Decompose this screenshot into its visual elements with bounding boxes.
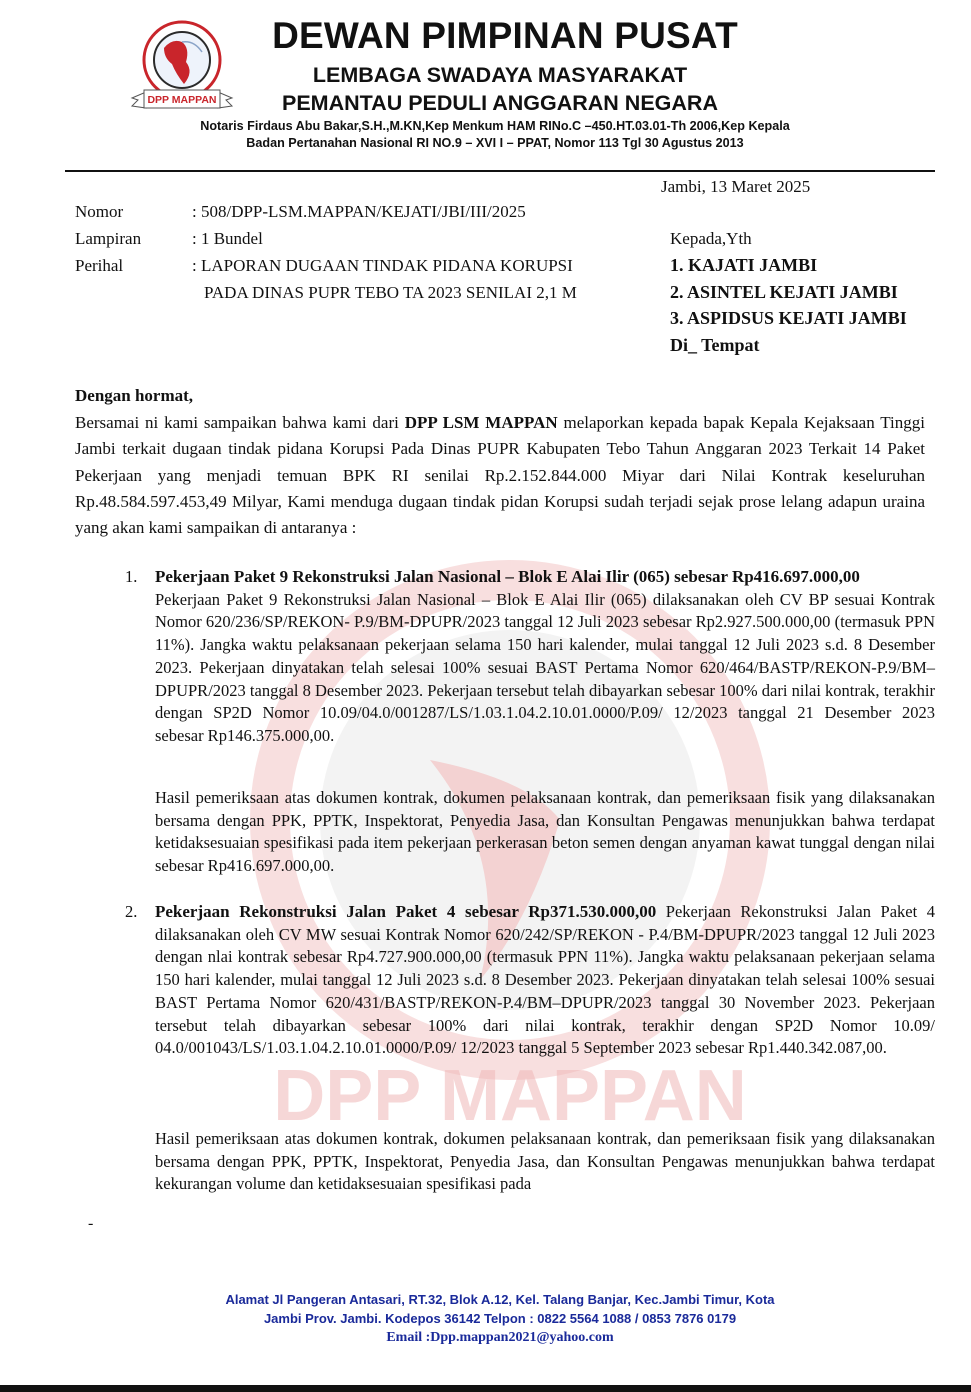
header-divider [65, 170, 935, 172]
perihal-value-2: PADA DINAS PUPR TEBO TA 2023 SENILAI 2,1… [204, 282, 577, 304]
org-logo-icon: DPP MAPPAN [128, 18, 236, 114]
recipient-3: 3. ASPIDSUS KEJATI JAMBI [670, 307, 907, 329]
nomor-value: : 508/DPP-LSM.MAPPAN/KEJATI/JBI/III/2025 [192, 201, 526, 223]
footer-line-2: Jambi Prov. Jambi. Kodepos 36142 Telpon … [150, 1309, 850, 1328]
item-2-text: Pekerjaan Rekonstruksi Jalan Paket 4 dil… [155, 902, 935, 1057]
footer-email: Email :Dpp.mappan2021@yahoo.com [150, 1328, 850, 1347]
item-number-2: 2. [125, 901, 137, 924]
letterhead-subtitle-2: PEMANTAU PEDULI ANGGARAN NEGARA [230, 90, 770, 116]
letterhead-title: DEWAN PIMPINAN PUSAT [245, 14, 765, 58]
item-2-finding: Hasil pemeriksaan atas dokumen kontrak, … [155, 1128, 935, 1196]
lampiran-label: Lampiran [75, 228, 185, 250]
item-1-finding: Hasil pemeriksaan atas dokumen kontrak, … [155, 787, 935, 878]
item-1: Pekerjaan Paket 9 Rekonstruksi Jalan Nas… [155, 566, 935, 748]
item-1-text: Pekerjaan Paket 9 Rekonstruksi Jalan Nas… [155, 590, 935, 745]
item-2: Pekerjaan Rekonstruksi Jalan Paket 4 seb… [155, 901, 935, 1060]
nomor-label: Nomor [75, 201, 185, 223]
item-2-heading: Pekerjaan Rekonstruksi Jalan Paket 4 seb… [155, 902, 656, 921]
letterhead-subtitle-1: LEMBAGA SWADAYA MASYARAKAT [250, 62, 750, 88]
greeting: Dengan hormat, [75, 386, 193, 406]
svg-text:DPP MAPPAN: DPP MAPPAN [147, 94, 216, 106]
perihal-value-1: : LAPORAN DUGAAN TINDAK PIDANA KORUPSI [192, 255, 573, 277]
item-1-heading: Pekerjaan Paket 9 Rekonstruksi Jalan Nas… [155, 567, 860, 586]
letter-page: DPP MAPPAN DPP MAPPAN DEWAN PIMPINAN PUS… [0, 0, 971, 1392]
recipient-2: 2. ASINTEL KEJATI JAMBI [670, 281, 898, 303]
letterhead-notary: Notaris Firdaus Abu Bakar,S.H.,M.KN,Kep … [130, 118, 860, 152]
intro-org-name: DPP LSM MAPPAN [405, 413, 558, 432]
intro-text: Bersamai ni kami sampaikan bahwa kami da… [75, 413, 405, 432]
bottom-edge [0, 1385, 971, 1392]
recipient-salutation: Kepada,Yth [670, 228, 752, 250]
intro-paragraph: Bersamai ni kami sampaikan bahwa kami da… [75, 410, 925, 541]
footer-line-1: Alamat Jl Pangeran Antasari, RT.32, Blok… [150, 1290, 850, 1309]
notary-line-2: Badan Pertanahan Nasional RI NO.9 – XVI … [130, 135, 860, 152]
notary-line-1: Notaris Firdaus Abu Bakar,S.H.,M.KN,Kep … [130, 118, 860, 135]
perihal-label: Perihal [75, 255, 185, 277]
lampiran-value: : 1 Bundel [192, 228, 263, 250]
footer-address: Alamat Jl Pangeran Antasari, RT.32, Blok… [150, 1290, 850, 1347]
trailing-mark: - [88, 1215, 93, 1233]
item-number-1: 1. [125, 566, 137, 589]
recipient-place: Di_ Tempat [670, 334, 760, 356]
recipient-1: 1. KAJATI JAMBI [670, 254, 817, 276]
letter-date: Jambi, 13 Maret 2025 [661, 176, 810, 198]
svg-text:DPP MAPPAN: DPP MAPPAN [273, 1056, 746, 1136]
